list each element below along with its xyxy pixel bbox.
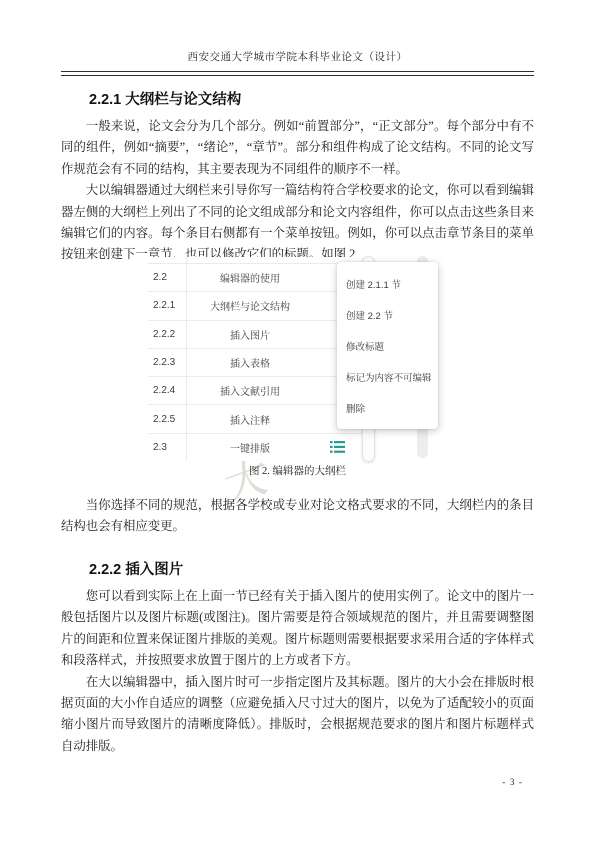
outline-row-2-2-1[interactable]: 2.2.1 大纲栏与论文结构 <box>148 292 366 320</box>
menu-item-mark-readonly[interactable]: 标记为内容不可编辑 <box>337 361 438 392</box>
header-double-rule <box>61 71 534 76</box>
menu-item-rename[interactable]: 修改标题 <box>337 330 438 361</box>
page-header-title: 西安交通大学城市学院本科毕业论文（设计） <box>0 49 595 64</box>
outline-row-number: 2.2.5 <box>148 414 186 425</box>
outline-row-number: 2.2.2 <box>148 329 186 340</box>
outline-row-label: 插入注释 <box>186 412 314 427</box>
thesis-page: 西安交通大学城市学院本科毕业论文（设计） 2.2.1 大纲栏与论文结构 一般来说… <box>0 0 595 842</box>
context-menu: 创建 2.1.1 节 创建 2.2 节 修改标题 标记为内容不可编辑 删除 <box>337 262 438 429</box>
paragraph: 在大以编辑器中，插入图片时可一步指定图片及其标题。图片的大小会在排版时根据页面的… <box>61 672 534 758</box>
menu-item-create-section[interactable]: 创建 2.2 节 <box>337 299 438 330</box>
outline-row-2-2-4[interactable]: 2.2.4 插入文献引用 <box>148 377 366 405</box>
outline-row-2-2-5[interactable]: 2.2.5 插入注释 <box>148 405 366 433</box>
menu-item-create-subsection[interactable]: 创建 2.1.1 节 <box>337 268 438 299</box>
outline-row-number: 2.2 <box>148 272 186 283</box>
outline-row-label: 插入文献引用 <box>186 383 314 398</box>
outline-row-2-3[interactable]: 2.3 一键排版 <box>148 434 366 461</box>
outline-row-2-2-3[interactable]: 2.2.3 插入表格 <box>148 349 366 377</box>
page-number: - 3 - <box>502 778 523 788</box>
format-list-icon[interactable] <box>314 441 361 453</box>
menu-item-delete[interactable]: 删除 <box>337 392 438 423</box>
outline-list: 2.2 编辑器的使用 2.2.1 大纲栏与论文结构 2.2.2 插入图片 2.2… <box>148 257 366 461</box>
body-text-block-1: 一般来说，论文会分为几个部分。例如“前置部分”，“正文部分”。每个部分中有不同的… <box>61 116 534 266</box>
outline-row-label: 大纲栏与论文结构 <box>186 298 314 313</box>
paragraph: 大以编辑器通过大纲栏来引导你写一篇结构符合学校要求的论文，你可以看到编辑器左侧的… <box>61 180 534 266</box>
outline-row-number: 2.2.3 <box>148 357 186 368</box>
outline-row-number: 2.2.4 <box>148 385 186 396</box>
column-divider <box>186 257 187 461</box>
outline-row-number: 2.3 <box>148 442 186 453</box>
body-text-block-3: 您可以看到实际上在上面一节已经有关于插入图片的使用实例了。论文中的图片一般包括图… <box>61 586 534 757</box>
outline-row-label: 一键排版 <box>186 440 314 455</box>
section-heading-outline: 2.2.1 大纲栏与论文结构 <box>89 88 241 109</box>
outline-row-number: 2.2.1 <box>148 300 186 311</box>
figure-caption: 图 2. 编辑器的大纲栏 <box>0 463 595 478</box>
paragraph: 当你选择不同的规范，根据各学校或专业对论文格式要求的不同，大纲栏内的条目结构也会… <box>61 495 534 538</box>
outline-row-label: 编辑器的使用 <box>186 270 314 285</box>
paragraph: 您可以看到实际上在上面一节已经有关于插入图片的使用实例了。论文中的图片一般包括图… <box>61 586 534 672</box>
outline-row-label: 插入图片 <box>186 327 314 342</box>
outline-row-2-2-2[interactable]: 2.2.2 插入图片 <box>148 321 366 349</box>
paragraph: 一般来说，论文会分为几个部分。例如“前置部分”，“正文部分”。每个部分中有不同的… <box>61 116 534 180</box>
section-heading-insert-image: 2.2.2 插入图片 <box>89 558 183 579</box>
outline-row-2-2[interactable]: 2.2 编辑器的使用 <box>148 264 366 292</box>
list-row-cutoff <box>148 257 366 264</box>
body-text-block-2: 当你选择不同的规范，根据各学校或专业对论文格式要求的不同，大纲栏内的条目结构也会… <box>61 495 534 538</box>
outline-row-label: 插入表格 <box>186 355 314 370</box>
